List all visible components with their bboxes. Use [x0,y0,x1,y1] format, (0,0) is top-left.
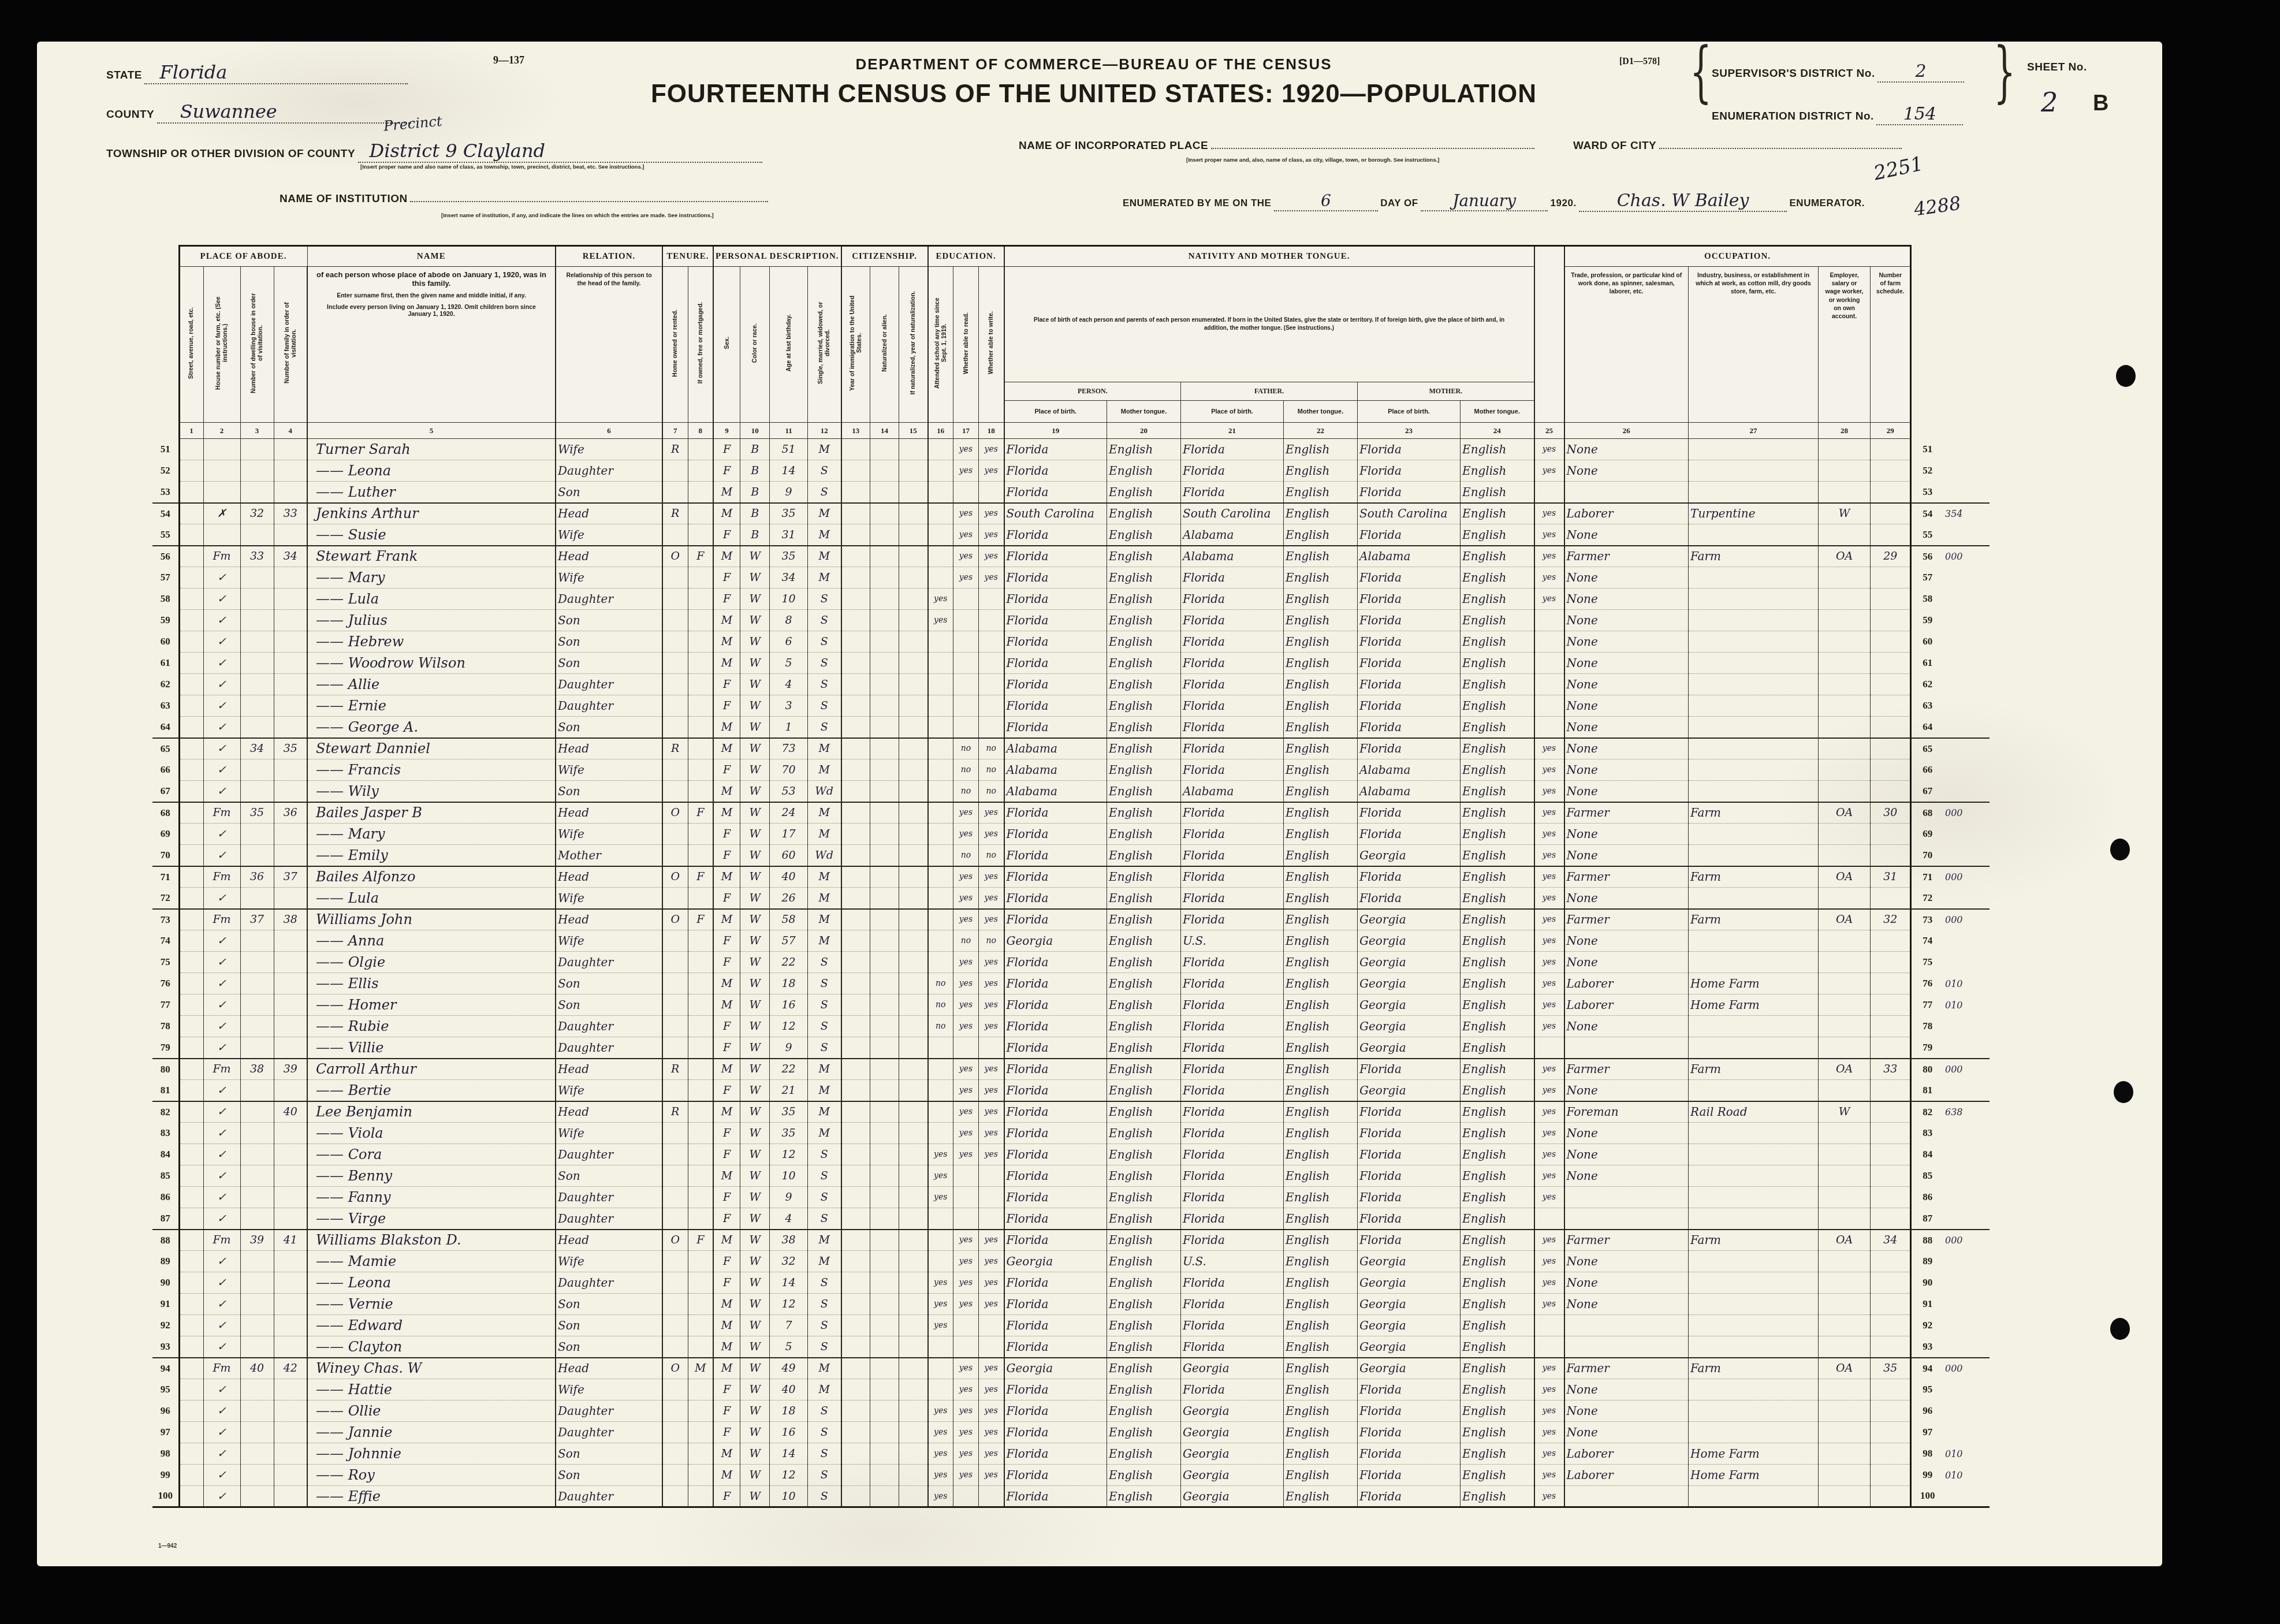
cell-ft: English [1284,1144,1358,1165]
cell-ag: 17 [770,824,807,845]
cell-t7: R [662,738,688,759]
cell-s: yes [928,1443,953,1465]
cell-ag: 8 [770,610,807,631]
cell-t8: F [688,909,713,930]
cell-m: ✓ [203,1315,240,1336]
cell-n: 55 [1911,524,1943,546]
cell-oc: None [1564,1123,1689,1144]
cell-n: 76 [1911,973,1943,994]
cell-n: 73 [1911,909,1943,930]
cell-c13 [841,482,870,503]
cell-sx: M [713,1336,740,1358]
cell-nm: —— Francis [307,759,556,781]
cell-ms: S [807,1465,841,1486]
cell-em [1819,888,1871,909]
table-row: 78✓—— RubieDaughterFW12SnoyesyesFloridaE… [152,1016,1990,1037]
cell-r: no [953,781,979,802]
cell-d: 35 [240,802,274,824]
cell-n: 92 [152,1315,179,1336]
cell-d [240,482,274,503]
cell-f [274,845,307,866]
cell-c14 [870,546,899,567]
cell-n: 65 [1911,738,1943,759]
cell-m: Fm [203,546,240,567]
cell-fs: 35 [1871,1358,1911,1379]
cell-mt: English [1461,674,1534,695]
cell-w: yes [979,1144,1004,1165]
cell-pb: Florida [1004,1272,1107,1294]
cell-fs [1871,1144,1911,1165]
cell-m: ✓ [203,1101,240,1123]
township-line: TOWNSHIP OR OTHER DIVISION OF COUNTY Dis… [106,140,762,163]
cell-f: 34 [274,546,307,567]
cell-mg: 010 [1943,973,1990,994]
cell-t7 [662,610,688,631]
cell-w: yes [979,1123,1004,1144]
cell-sx: M [713,631,740,653]
table-row: 53—— LutherSonMB9SFloridaEnglishFloridaE… [152,482,1990,503]
cell-mb: South Carolina [1358,503,1461,524]
cell-m: Fm [203,1230,240,1251]
cell-oc: None [1564,1400,1689,1422]
cell-c14 [870,1486,899,1507]
cell-t7 [662,1465,688,1486]
cell-d [240,1123,274,1144]
cell-pb: Florida [1004,1486,1107,1507]
cell-mg [1943,653,1990,674]
cell-mg [1943,952,1990,973]
cell-nm: —— Ollie [307,1400,556,1422]
cell-t7: O [662,866,688,888]
cell-c13 [841,802,870,824]
cell-n: 85 [1911,1165,1943,1187]
cell-ind: Home Farm [1689,994,1819,1016]
cell-c13 [841,1486,870,1507]
cell-em [1819,1400,1871,1422]
cell-m: ✓ [203,1016,240,1037]
cell-r: yes [953,1144,979,1165]
cell-c13 [841,546,870,567]
cell-ag: 35 [770,1101,807,1123]
cell-c14 [870,1358,899,1379]
cell-fb: Florida [1181,1336,1284,1358]
cell-cl: W [740,1358,770,1379]
supervisor-district: SUPERVISOR'S DISTRICT No. 2 [1712,61,1964,83]
cell-fb: Georgia [1181,1465,1284,1486]
col17-able-to-read: Whether able to read. [953,267,979,423]
cell-pt: English [1107,1486,1181,1507]
cell-f [274,482,307,503]
cell-cl: W [740,695,770,717]
punch-hole-dot [2114,1081,2133,1103]
col-number-13: 13 [841,423,870,439]
cell-ind: Farm [1689,1358,1819,1379]
cell-em [1819,1144,1871,1165]
cell-ag: 14 [770,460,807,482]
cell-mb: Georgia [1358,1315,1461,1336]
cell-m: ✓ [203,631,240,653]
cell-e [1534,695,1564,717]
cell-rel: Wife [556,1080,662,1101]
cell-fs: 33 [1871,1059,1911,1080]
cell-f [274,695,307,717]
cell-c1 [179,1251,203,1272]
cell-pb: South Carolina [1004,503,1107,524]
cell-m: ✓ [203,1123,240,1144]
cell-n: 94 [152,1358,179,1379]
cell-w: yes [979,802,1004,824]
cell-fb: Florida [1181,1016,1284,1037]
cell-oc: None [1564,653,1689,674]
cell-n: 69 [152,824,179,845]
cell-c13 [841,460,870,482]
cell-pt: English [1107,653,1181,674]
cell-em [1819,695,1871,717]
cell-em [1819,1016,1871,1037]
cell-c13 [841,845,870,866]
cell-oc [1564,1336,1689,1358]
cell-c14 [870,439,899,460]
cell-sx: M [713,482,740,503]
cell-cl: W [740,1165,770,1187]
cell-s [928,567,953,588]
cell-em [1819,524,1871,546]
cell-ag: 9 [770,1187,807,1208]
cell-n: 88 [1911,1230,1943,1251]
township-note: [Insert proper name and also name of cla… [360,164,765,170]
ward-label: WARD OF CITY [1573,140,1656,152]
cell-sx: F [713,1037,740,1059]
cell-n: 63 [1911,695,1943,717]
cell-pb: Florida [1004,567,1107,588]
cell-oc: None [1564,460,1689,482]
col-number-17: 17 [953,423,979,439]
cell-n: 82 [1911,1101,1943,1123]
cell-cl: W [740,802,770,824]
cell-ms: Wd [807,781,841,802]
cell-rel: Head [556,1059,662,1080]
cell-r [953,588,979,610]
cell-e: yes [1534,888,1564,909]
cell-ind [1689,1315,1819,1336]
cell-c15 [899,717,928,738]
col-number-9: 9 [713,423,740,439]
cell-pt: English [1107,1251,1181,1272]
cell-nm: —— Jannie [307,1422,556,1443]
cell-ms: S [807,1336,841,1358]
cell-w: yes [979,460,1004,482]
cell-c15 [899,546,928,567]
cell-t7 [662,1294,688,1315]
cell-f [274,460,307,482]
cell-ind [1689,482,1819,503]
cell-cl: W [740,781,770,802]
cell-mt: English [1461,802,1534,824]
cell-mg [1943,588,1990,610]
cell-ft: English [1284,610,1358,631]
col10-color-race: Color or race. [740,267,770,423]
cell-ft: English [1284,460,1358,482]
cell-ms: M [807,930,841,952]
cell-ft: English [1284,973,1358,994]
cell-cl: W [740,674,770,695]
cell-oc: None [1564,1294,1689,1315]
cell-e: yes [1534,1358,1564,1379]
cell-nm: —— Leona [307,460,556,482]
col-number-12: 12 [807,423,841,439]
cell-t8 [688,524,713,546]
cell-cl: B [740,460,770,482]
cell-m: ✓ [203,1208,240,1230]
cell-rel: Wife [556,1251,662,1272]
cell-sx: F [713,845,740,866]
cell-oc: None [1564,1379,1689,1400]
cell-s [928,1230,953,1251]
table-row: 66✓—— FrancisWifeFW70MnonoAlabamaEnglish… [152,759,1990,781]
cell-c13 [841,994,870,1016]
cell-s: no [928,1016,953,1037]
cell-e [1534,653,1564,674]
cell-mt: English [1461,738,1534,759]
cell-n: 93 [1911,1336,1943,1358]
cell-fb: Florida [1181,1272,1284,1294]
cell-fb: Florida [1181,952,1284,973]
cell-em [1819,1208,1871,1230]
cell-c1 [179,973,203,994]
cell-n: 95 [152,1379,179,1400]
table-row: 61✓—— Woodrow WilsonSonMW5SFloridaEnglis… [152,653,1990,674]
cell-ft: English [1284,1101,1358,1123]
cell-cl: W [740,1379,770,1400]
cell-t7 [662,524,688,546]
cell-c1 [179,1465,203,1486]
cell-c13 [841,866,870,888]
cell-mb: Florida [1358,824,1461,845]
cell-rel: Head [556,503,662,524]
cell-pb: Florida [1004,1187,1107,1208]
cell-fb: Florida [1181,759,1284,781]
cell-pb: Florida [1004,631,1107,653]
cell-r: yes [953,973,979,994]
cell-ms: M [807,567,841,588]
cell-mb: Florida [1358,1059,1461,1080]
cell-c14 [870,1422,899,1443]
census-table: PLACE OF ABODE. NAME RELATION. TENURE. P… [152,245,1990,1508]
enumeration-district: ENUMERATION DISTRICT No. 154 [1712,104,1963,125]
cell-fs [1871,1422,1911,1443]
cell-c13 [841,717,870,738]
cell-nm: —— Viola [307,1123,556,1144]
cell-n: 78 [1911,1016,1943,1037]
cell-cl: B [740,503,770,524]
cell-e: yes [1534,1422,1564,1443]
cell-w [979,1208,1004,1230]
cell-sx: F [713,888,740,909]
cell-mb: Florida [1358,1465,1461,1486]
cell-pt: English [1107,524,1181,546]
cell-oc: None [1564,610,1689,631]
cell-ft: English [1284,1272,1358,1294]
cell-ft: English [1284,1208,1358,1230]
cell-c1 [179,845,203,866]
col6-relation-desc: Relationship of this person to the head … [556,267,662,423]
cell-w: yes [979,1379,1004,1400]
cell-pt: English [1107,695,1181,717]
cell-r: yes [953,546,979,567]
cell-e: yes [1534,994,1564,1016]
cell-ft: English [1284,1230,1358,1251]
cell-m: Fm [203,866,240,888]
cell-t7 [662,845,688,866]
cell-mt: English [1461,1422,1534,1443]
cell-e: yes [1534,1144,1564,1165]
cell-w: yes [979,909,1004,930]
cell-ag: 18 [770,1400,807,1422]
cell-em [1819,439,1871,460]
cell-mt: English [1461,759,1534,781]
cell-n: 91 [152,1294,179,1315]
cell-e: yes [1534,1486,1564,1507]
cell-e: yes [1534,781,1564,802]
cell-n: 100 [1911,1486,1943,1507]
cell-nm: Bailes Alfonzo [307,866,556,888]
cell-t8 [688,738,713,759]
cell-e [1534,674,1564,695]
cell-d [240,1272,274,1294]
supervisor-label: SUPERVISOR'S DISTRICT No. [1712,68,1875,80]
cell-n: 61 [1911,653,1943,674]
cell-n: 61 [152,653,179,674]
cell-rel: Daughter [556,1272,662,1294]
cell-fb: Alabama [1181,524,1284,546]
cell-ind: Farm [1689,1059,1819,1080]
cell-mg: 000 [1943,909,1990,930]
cell-e: yes [1534,930,1564,952]
cell-n: 65 [152,738,179,759]
cell-pb: Florida [1004,695,1107,717]
cell-n: 59 [1911,610,1943,631]
cell-c14 [870,824,899,845]
cell-pb: Florida [1004,845,1107,866]
cell-f [274,1187,307,1208]
cell-e: yes [1534,503,1564,524]
cell-c15 [899,631,928,653]
cell-fb: Florida [1181,802,1284,824]
name-desc-3: Include every person living on January 1… [316,304,547,318]
cell-fs [1871,1165,1911,1187]
cell-c14 [870,1272,899,1294]
cell-n: 57 [1911,567,1943,588]
table-row: 71Fm3637Bailes AlfonzoHeadOFMW40MyesyesF… [152,866,1990,888]
cell-n: 84 [1911,1144,1943,1165]
cell-t8 [688,588,713,610]
table-body: 51Turner SarahWifeRFB51MyesyesFloridaEng… [152,439,1990,1507]
cell-w: yes [979,952,1004,973]
cell-d [240,1315,274,1336]
cell-s [928,524,953,546]
cell-fb: Georgia [1181,1486,1284,1507]
cell-e: yes [1534,866,1564,888]
cell-c1 [179,1230,203,1251]
cell-t7 [662,567,688,588]
cell-ms: M [807,1379,841,1400]
cell-c15 [899,482,928,503]
cell-s [928,1037,953,1059]
cell-ft: English [1284,524,1358,546]
cell-ms: S [807,1272,841,1294]
cell-ind [1689,759,1819,781]
cell-fs: 29 [1871,546,1911,567]
nativity-note: Place of birth of each person and parent… [1004,267,1534,382]
cell-pt: English [1107,610,1181,631]
cell-s [928,802,953,824]
cell-mg [1943,759,1990,781]
cell-d [240,845,274,866]
cell-c15 [899,994,928,1016]
cell-m: ✓ [203,845,240,866]
cell-ag: 49 [770,1358,807,1379]
cell-rel: Mother [556,845,662,866]
cell-c1 [179,1443,203,1465]
cell-f [274,973,307,994]
group-place-of-abode: PLACE OF ABODE. [179,246,307,267]
cell-c15 [899,1465,928,1486]
cell-e: yes [1534,1123,1564,1144]
cell-ms: S [807,1315,841,1336]
cell-ag: 12 [770,1465,807,1486]
cell-n: 54 [1911,503,1943,524]
cell-ind [1689,738,1819,759]
cell-pb: Florida [1004,802,1107,824]
cell-oc: Laborer [1564,1443,1689,1465]
cell-s [928,546,953,567]
cell-em: OA [1819,546,1871,567]
cell-mt: English [1461,1379,1534,1400]
cell-nm: —— Leona [307,1272,556,1294]
cell-rel: Daughter [556,695,662,717]
cell-sx: M [713,1165,740,1187]
cell-f [274,1080,307,1101]
cell-em [1819,1165,1871,1187]
cell-pb: Florida [1004,610,1107,631]
cell-ag: 40 [770,1379,807,1400]
cell-pb: Florida [1004,1379,1107,1400]
cell-n: 68 [152,802,179,824]
cell-t8 [688,1315,713,1336]
cell-mb: Florida [1358,717,1461,738]
cell-mg [1943,1272,1990,1294]
cell-em [1819,1336,1871,1358]
cell-oc: Laborer [1564,973,1689,994]
cell-c15 [899,1059,928,1080]
cell-pb: Florida [1004,1059,1107,1080]
cell-c1 [179,503,203,524]
cell-c13 [841,439,870,460]
cell-mg: 000 [1943,1358,1990,1379]
cell-c13 [841,1379,870,1400]
cell-sx: F [713,824,740,845]
cell-fs [1871,1315,1911,1336]
cell-oc: Laborer [1564,503,1689,524]
cell-em [1819,1272,1871,1294]
cell-pb: Alabama [1004,759,1107,781]
cell-t7 [662,759,688,781]
cell-pb: Florida [1004,1465,1107,1486]
cell-c1 [179,1187,203,1208]
cell-sx: F [713,588,740,610]
cell-nm: —— Cora [307,1144,556,1165]
cell-mg [1943,631,1990,653]
